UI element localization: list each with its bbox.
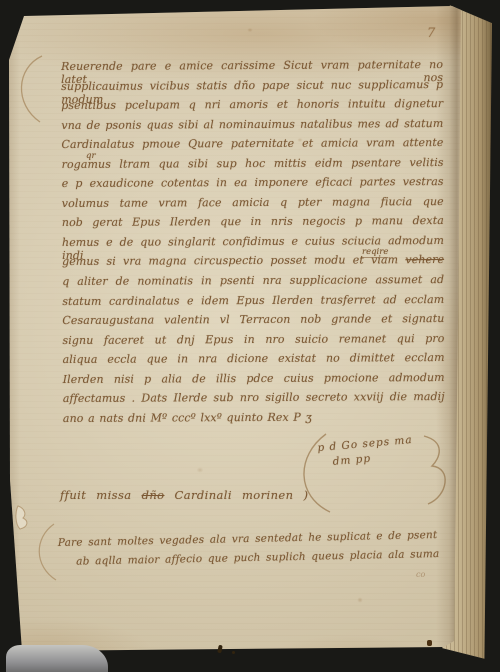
- interlinear-insertion: qr: [86, 151, 96, 161]
- catalan-petition-note: Pare sant moltes vegades ala vra senteda…: [58, 526, 440, 571]
- interlinear-insertion: reqire: [362, 247, 388, 258]
- docket-struck-word: dño: [142, 488, 165, 502]
- manuscript-line: volumus tame vram face amicia q pter mag…: [62, 195, 444, 217]
- parchment-tear: [16, 506, 27, 529]
- manuscript-line: supplicauimus vicibus statis dño pape si…: [61, 78, 443, 100]
- manuscript-line: Cesaraugustana valentin vl Terracon nob …: [62, 312, 444, 334]
- manuscript-line: aliqua eccla que in nra dicione existat …: [63, 351, 445, 373]
- edge-speck: [427, 640, 432, 646]
- docket-line: ffuit missa dño Cardinali morinen ): [60, 488, 308, 502]
- manuscript-line: Reuerende pare e amice carissime Sicut v…: [61, 58, 443, 80]
- edge-speck: [217, 645, 223, 654]
- docket-text: Cardinali morinen ): [164, 488, 308, 502]
- side-note-brace: [424, 436, 445, 504]
- docket-text: ffuit missa: [60, 488, 142, 502]
- manuscript-line: Ilerden nisi p alia de illis pdce cuius …: [63, 371, 445, 393]
- manuscript-line: e p exaudicone cotentas in ea imponere e…: [62, 175, 444, 197]
- struck-word: vehere: [405, 253, 444, 266]
- manuscript-line: affectamus . Dats Ilerde sub nro sigillo…: [63, 390, 445, 412]
- letter-text-block: Reuerende pare e amice carissime Sicut v…: [61, 58, 445, 431]
- manuscript-line: signu faceret ut dnj Epus in nro suicio …: [62, 332, 444, 354]
- edge-speck: [232, 651, 235, 654]
- manuscript-line: psentibus pcelupam q nri amoris et honor…: [61, 97, 443, 119]
- manuscript-page: 7 Reuerende pare e amice carissime Sicut…: [0, 0, 500, 672]
- page-weight: [6, 645, 108, 672]
- manuscript-line: vna de psonis quas sibi al nominauimus n…: [61, 117, 443, 139]
- stray-mark: co: [416, 570, 425, 579]
- manuscript-photo: 7 Reuerende pare e amice carissime Sicut…: [0, 0, 500, 672]
- manuscript-line: rogamus ltram qua sibi sup hoc mittis ei…: [62, 156, 444, 178]
- paragraph-bracket: [21, 56, 42, 122]
- chancery-side-note: p d Go seps ma dm pp: [317, 433, 415, 471]
- manuscript-line: ano a nats dni Mº cccº lxxº quinto Rex P…: [63, 410, 445, 432]
- manuscript-line: Cardinalatus pmoue Quare paternitate et …: [61, 136, 443, 158]
- paragraph-bracket: [39, 524, 56, 580]
- manuscript-line: q aliter de nominatis in psenti nra supp…: [62, 273, 444, 295]
- folio-number: 7: [427, 26, 435, 41]
- manuscript-line: nob gerat Epus Ilerden que in nris negoc…: [62, 214, 444, 236]
- manuscript-line: statum cardinalatus e idem Epus Ilerden …: [62, 293, 444, 315]
